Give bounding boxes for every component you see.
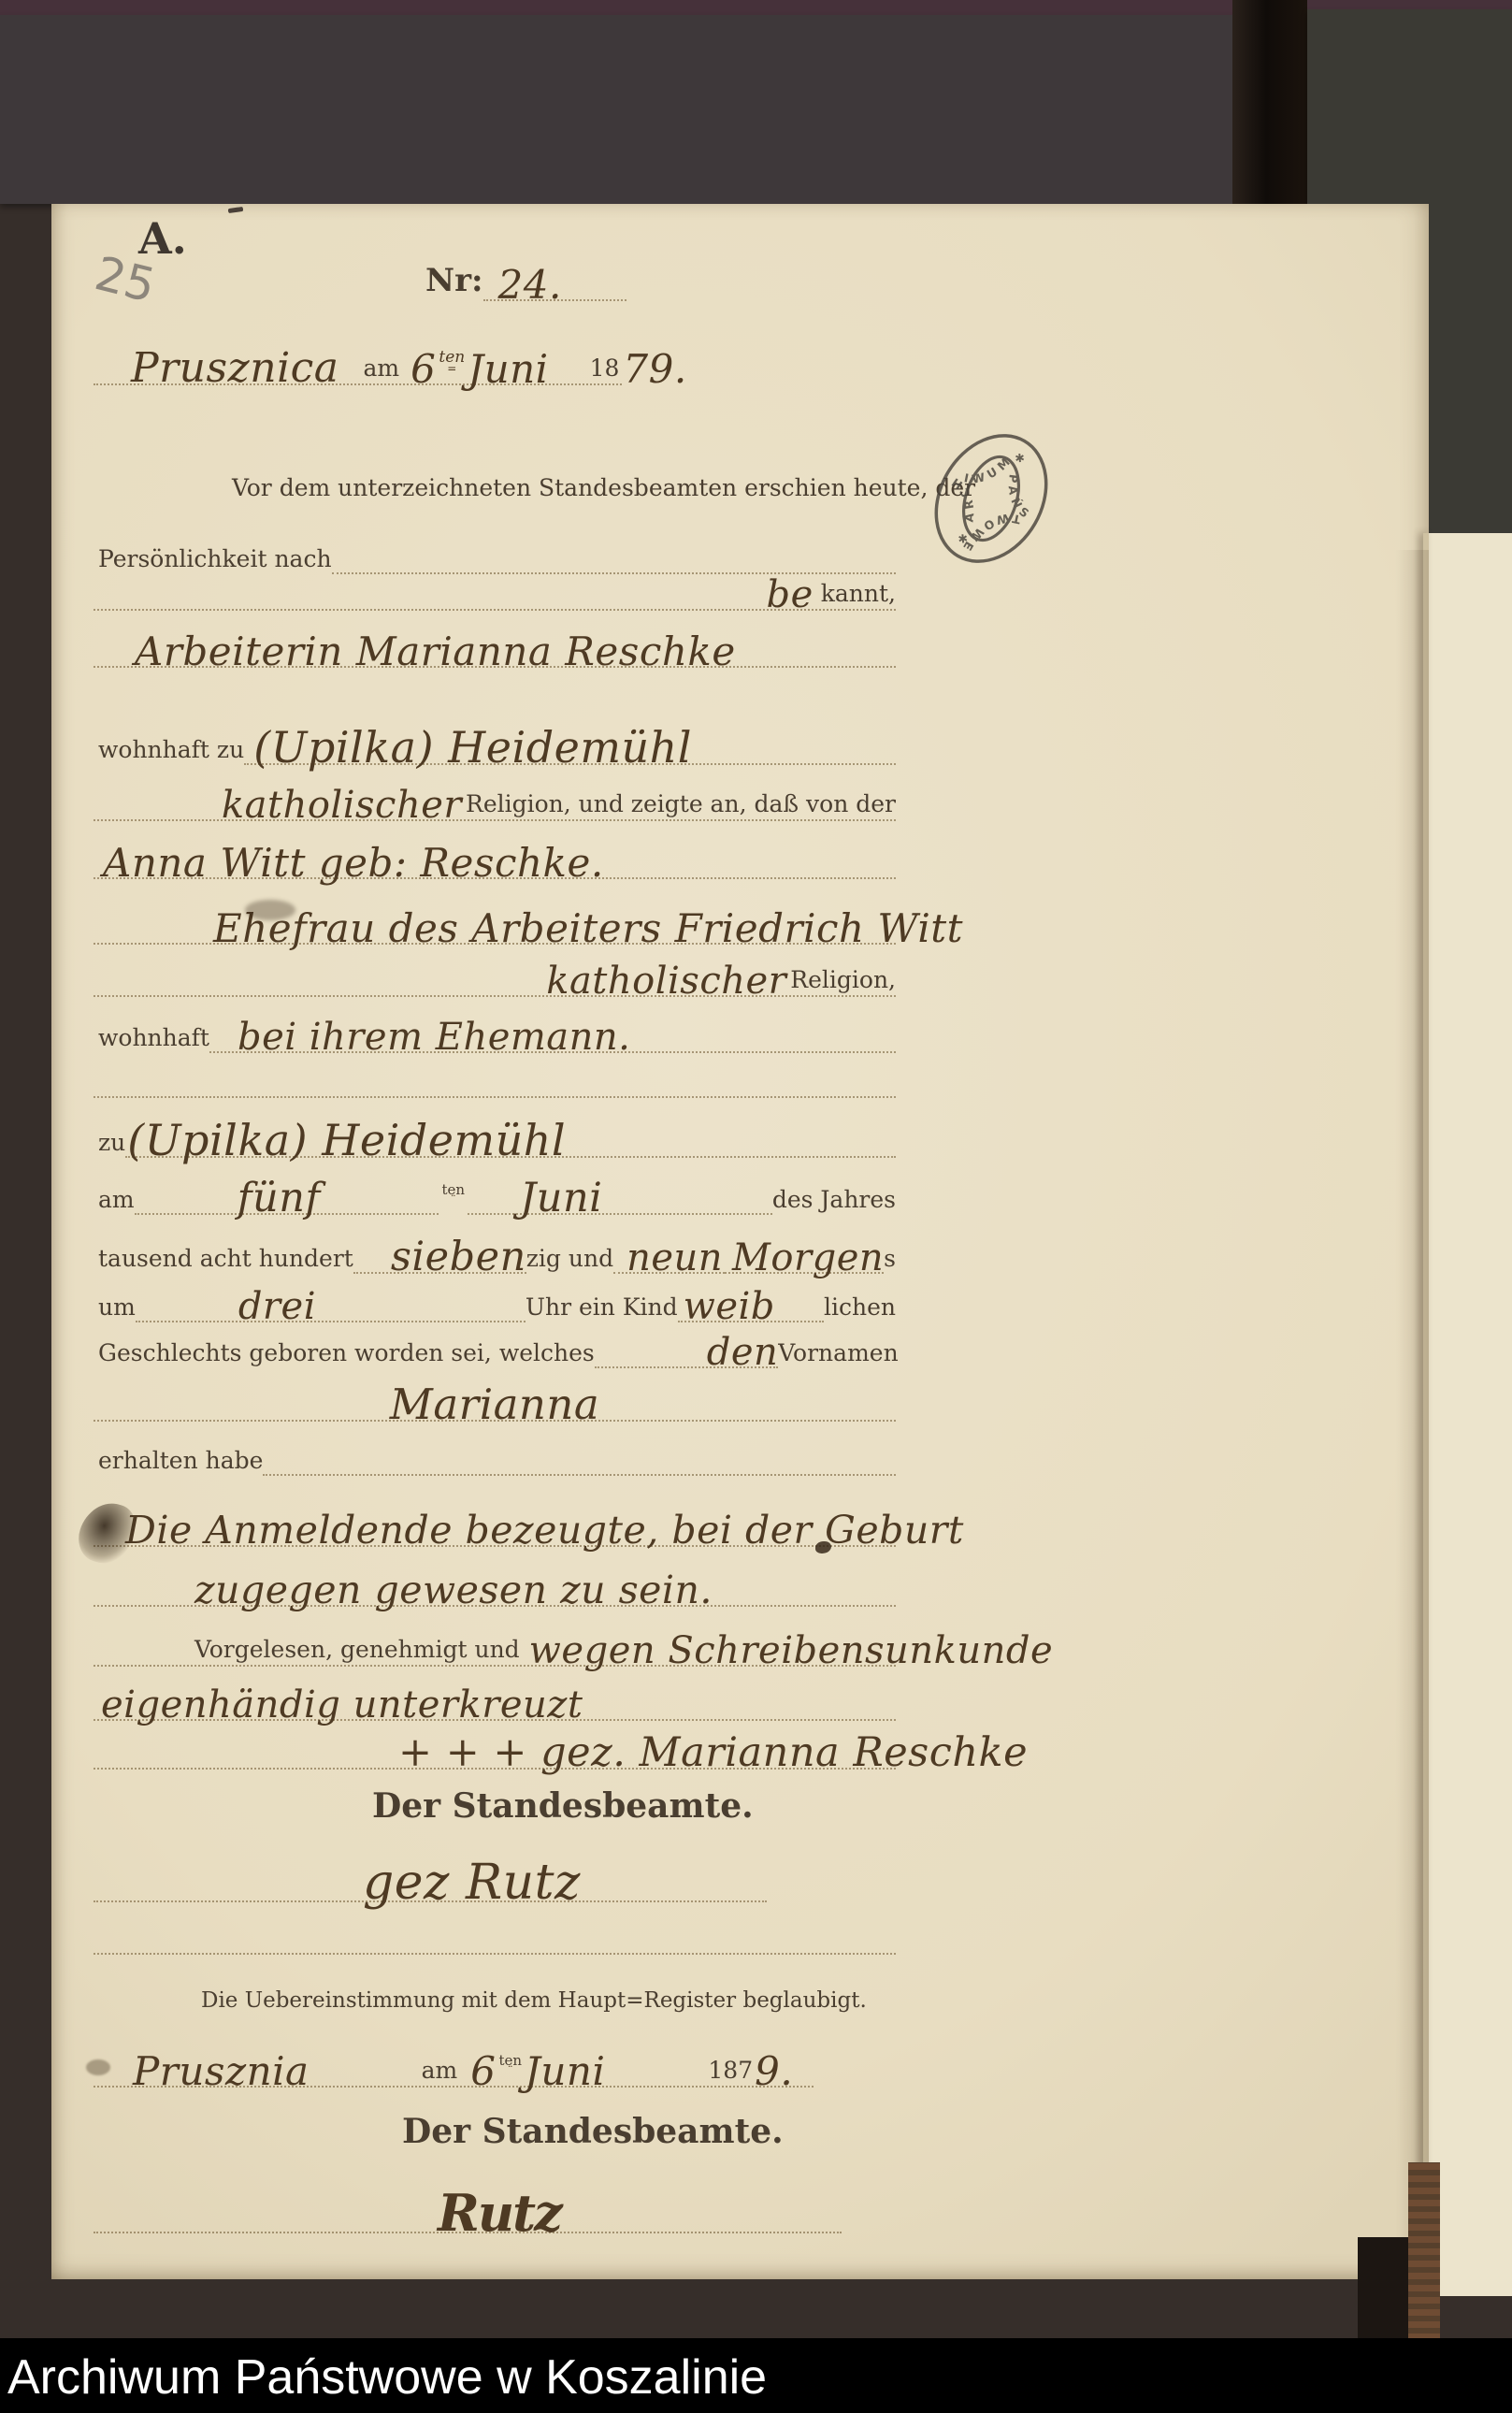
form-line-empty-2 bbox=[94, 1900, 896, 1955]
stamp-outer-ring bbox=[921, 417, 1061, 581]
daytime-written: Morgen bbox=[732, 1245, 884, 1272]
dotted-blank: (Upilka) Heidemühl bbox=[244, 732, 896, 765]
decade-written: sieben bbox=[391, 1243, 526, 1272]
certification-title-label: Der Standesbeamte. bbox=[402, 2115, 784, 2153]
record-number-written: 24. bbox=[498, 271, 562, 299]
day-written: 6 bbox=[410, 355, 436, 383]
form-line-child-name: Marianna bbox=[94, 1364, 896, 1422]
dotted-blank: 24. bbox=[483, 271, 626, 301]
book-page-edges bbox=[1408, 2162, 1440, 2340]
ten-label: ten¨ bbox=[439, 1183, 468, 1215]
den-written: den bbox=[707, 1339, 779, 1366]
religion1-label: Religion, und zeigte an, daß von der bbox=[466, 792, 896, 819]
declaration1-written: Die Anmeldende bezeugte, bei der Geburt bbox=[125, 1517, 964, 1545]
gutter-shadow bbox=[1395, 550, 1429, 2279]
religion2-written: katholischer bbox=[546, 968, 786, 995]
form-line-intro: Vor dem unterzeichneten Standesbeamten e… bbox=[232, 451, 975, 503]
form-line-date: Prusznica am 6 ten= Juni 18 79. bbox=[94, 327, 622, 385]
certification-ten-label: ten¨ bbox=[496, 2054, 525, 2086]
form-line-certification-signature: Rutz bbox=[94, 2172, 842, 2233]
kannt-label: kannt, bbox=[821, 582, 896, 609]
certification-year-prefix: 187 bbox=[708, 2059, 753, 2086]
religion2-label: Religion, bbox=[790, 968, 896, 995]
scanned-register-page: { "colors": { "background": "#362e2a", "… bbox=[0, 0, 1512, 2413]
declarant-written: Arbeiterin Marianna Reschke bbox=[135, 638, 736, 666]
form-line-erhalten: erhalten habe bbox=[98, 1423, 896, 1476]
birth-place-written: (Upilka) Heidemühl bbox=[127, 1125, 566, 1156]
zu-label: zu bbox=[98, 1131, 125, 1158]
child-name-written: Marianna bbox=[390, 1390, 599, 1420]
des-jahres-label: des Jahres bbox=[772, 1188, 896, 1215]
month-written: Juni bbox=[468, 355, 548, 383]
form-line-declaration-2: zugegen gewesen zu sein. bbox=[94, 1549, 896, 1607]
place-written: Prusznica bbox=[131, 354, 339, 383]
unit-written: neun bbox=[626, 1245, 723, 1272]
form-line-birth-place: zu (Upilka) Heidemühl bbox=[98, 1102, 896, 1158]
certification-place-written: Prusznia bbox=[133, 2058, 310, 2086]
birth-day-written: fünf bbox=[238, 1184, 321, 1213]
day-suffix: ten= bbox=[436, 350, 468, 383]
official-title-label: Der Standesbeamte. bbox=[372, 1789, 754, 1828]
dotted-blank bbox=[263, 1474, 896, 1476]
form-line-number: Nr: 24. bbox=[425, 249, 626, 301]
intro-text: Vor dem unterzeichneten Standesbeamten e… bbox=[232, 476, 975, 503]
vorgelesen-label: Vorgelesen, genehmigt und bbox=[194, 1638, 520, 1665]
mother-name-written: Anna Witt geb: Reschke. bbox=[103, 849, 604, 877]
am-label-2: am bbox=[98, 1188, 135, 1215]
year-prefix-label: 18 bbox=[590, 356, 620, 383]
cover-board-left bbox=[0, 15, 1232, 204]
form-line-declarant: Arbeiterin Marianna Reschke bbox=[94, 610, 896, 668]
form-line-empty-1 bbox=[94, 1044, 896, 1098]
wohnhaft-zu-label: wohnhaft zu bbox=[98, 738, 244, 765]
certification-label: Die Uebereinstimmung mit dem Haupt=Regis… bbox=[201, 1989, 867, 2015]
mother-role-written: Ehefrau des Arbeiters Friedrich Witt bbox=[213, 915, 963, 943]
form-line-wohnhaft-zu: wohnhaft zu (Upilka) Heidemühl bbox=[98, 709, 896, 765]
form-line-mother-name: Anna Witt geb: Reschke. bbox=[94, 821, 896, 879]
certification-month-written: Juni bbox=[525, 2058, 605, 2086]
dotted-blank: Juni bbox=[468, 1184, 772, 1215]
form-line-official-title: Der Standesbeamte. bbox=[372, 1775, 754, 1828]
certification-year-suffix: 9. bbox=[755, 2058, 793, 2086]
certification-day-written: 6 bbox=[470, 2058, 496, 2086]
form-line-birth-year: tausend acht hundert sieben zig und neun… bbox=[98, 1221, 896, 1274]
year-suffix-written: 79. bbox=[623, 355, 686, 383]
form-line-certification-date: Prusznia am 6 ten¨ Juni 187 9. bbox=[94, 2028, 814, 2088]
form-line-birth-hour: um drei Uhr ein Kind weib lichen bbox=[98, 1270, 896, 1322]
form-line-mother-role: Ehefrau des Arbeiters Friedrich Witt bbox=[94, 887, 896, 945]
form-line-birth-day: am fünf ten¨ Juni des Jahres bbox=[98, 1163, 896, 1215]
wegen-written: wegen Schreibensunkunde bbox=[529, 1638, 1053, 1665]
form-line-bekannt: be kannt, bbox=[94, 556, 896, 611]
certification-signature-written: Rutz bbox=[438, 2195, 561, 2232]
form-line-certification: Die Uebereinstimmung mit dem Haupt=Regis… bbox=[201, 1962, 867, 2015]
form-line-certification-title: Der Standesbeamte. bbox=[402, 2101, 784, 2153]
archive-oval-stamp: ✱ ARCHIWUM ✱ PAŃSTWOWE bbox=[921, 417, 1061, 581]
am-label: am bbox=[364, 356, 400, 383]
page-edge-shadow bbox=[1358, 2237, 1410, 2340]
form-line-declaration-1: Die Anmeldende bezeugte, bei der Geburt bbox=[94, 1489, 896, 1547]
form-line-religion-2: katholischer Religion, bbox=[94, 943, 896, 997]
marks-written: + + + gez. Marianna Reschke bbox=[398, 1739, 1028, 1768]
adjacent-page bbox=[1429, 533, 1512, 2296]
religion1-written: katholischer bbox=[222, 792, 462, 819]
dotted-blank: fünf bbox=[135, 1184, 439, 1215]
dotted-blank: (Upilka) Heidemühl bbox=[125, 1125, 896, 1158]
nr-label: Nr: bbox=[425, 265, 483, 301]
form-line-official-signature: gez Rutz bbox=[94, 1841, 767, 1902]
archive-caption-bar: Archiwum Państwowe w Koszalinie bbox=[0, 2338, 1512, 2413]
official-signature-written: gez Rutz bbox=[363, 1866, 581, 1900]
form-line-geschlechts: Geschlechts geboren worden sei, welches … bbox=[98, 1316, 896, 1368]
erhalten-label: erhalten habe bbox=[98, 1449, 263, 1476]
form-line-signature-marks: + + + gez. Marianna Reschke bbox=[94, 1710, 896, 1770]
residence-place-written: (Upilka) Heidemühl bbox=[253, 732, 692, 763]
birth-month-written: Juni bbox=[520, 1184, 602, 1213]
certification-am-label: am bbox=[422, 2059, 458, 2086]
form-line-vorgelesen: Vorgelesen, genehmigt und wegen Schreibe… bbox=[94, 1609, 896, 1667]
declaration2-written: zugegen gewesen zu sein. bbox=[194, 1577, 713, 1605]
archive-name-label: Archiwum Państwowe w Koszalinie bbox=[7, 2349, 767, 2406]
form-line-religion-1: katholischer Religion, und zeigte an, da… bbox=[94, 767, 896, 821]
be-written: be bbox=[766, 582, 813, 609]
